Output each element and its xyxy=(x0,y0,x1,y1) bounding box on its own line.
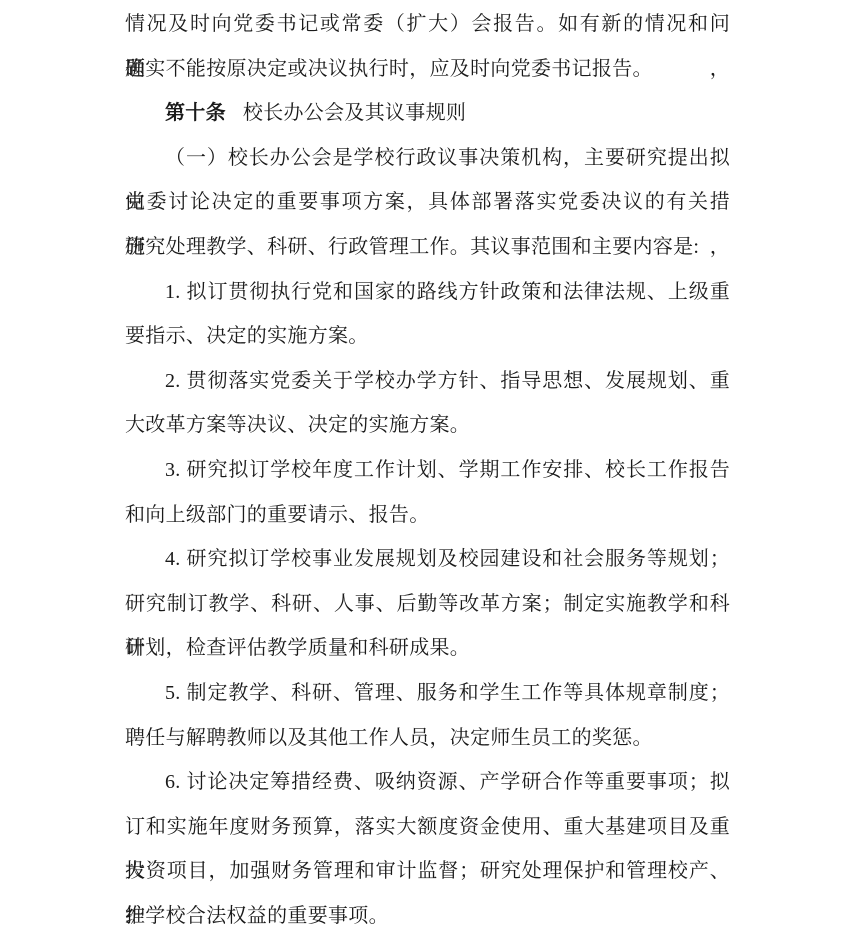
text-line: 研究制订教学、科研、人事、后勤等改革方案；制定实施教学和科研 xyxy=(125,582,730,627)
text-line: 计划，检查评估教学质量和科研成果。 xyxy=(125,626,730,671)
text-line: 5. 制定教学、科研、管理、服务和学生工作等具体规章制度； xyxy=(125,671,730,716)
text-line: 投资项目，加强财务管理和审计监督；研究处理保护和管理校产、维 xyxy=(125,849,730,894)
text-line: 要指示、决定的实施方案。 xyxy=(125,314,730,359)
text-line: 3. 研究拟订学校年度工作计划、学期工作安排、校长工作报告 xyxy=(125,448,730,493)
text-line: 研究处理教学、科研、行政管理工作。其议事范围和主要内容是: xyxy=(125,225,730,270)
article-number: 第十条 xyxy=(165,102,243,124)
text-line: 和向上级部门的重要请示、报告。 xyxy=(125,493,730,538)
document-page: 情况及时向党委书记或常委（扩大）会报告。如有新的情况和问题， 确实不能按原决定或… xyxy=(125,0,730,938)
text-line: 订和实施年度财务预算，落实大额度资金使用、重大基建项目及重大 xyxy=(125,805,730,850)
text-line: 确实不能按原决定或决议执行时，应及时向党委书记报告。 xyxy=(125,47,730,92)
article-heading: 第十条校长办公会及其议事规则 xyxy=(125,91,730,136)
text-line: 聘任与解聘教师以及其他工作人员，决定师生员工的奖惩。 xyxy=(125,716,730,761)
text-line: 6. 讨论决定筹措经费、吸纳资源、产学研合作等重要事项；拟 xyxy=(125,760,730,805)
text-line: 情况及时向党委书记或常委（扩大）会报告。如有新的情况和问题， xyxy=(125,2,730,47)
text-line: 1. 拟订贯彻执行党和国家的路线方针政策和法律法规、上级重 xyxy=(125,270,730,315)
text-line: 大改革方案等决议、决定的实施方案。 xyxy=(125,403,730,448)
text-line: （一）校长办公会是学校行政议事决策机构，主要研究提出拟由 xyxy=(125,136,730,181)
text-line: 2. 贯彻落实党委关于学校办学方针、指导思想、发展规划、重 xyxy=(125,359,730,404)
text-line: 党委讨论决定的重要事项方案，具体部署落实党委决议的有关措施， xyxy=(125,180,730,225)
article-title: 校长办公会及其议事规则 xyxy=(243,102,466,124)
text-line: 护学校合法权益的重要事项。 xyxy=(125,894,730,939)
text-line: 4. 研究拟订学校事业发展规划及校园建设和社会服务等规划； xyxy=(125,537,730,582)
